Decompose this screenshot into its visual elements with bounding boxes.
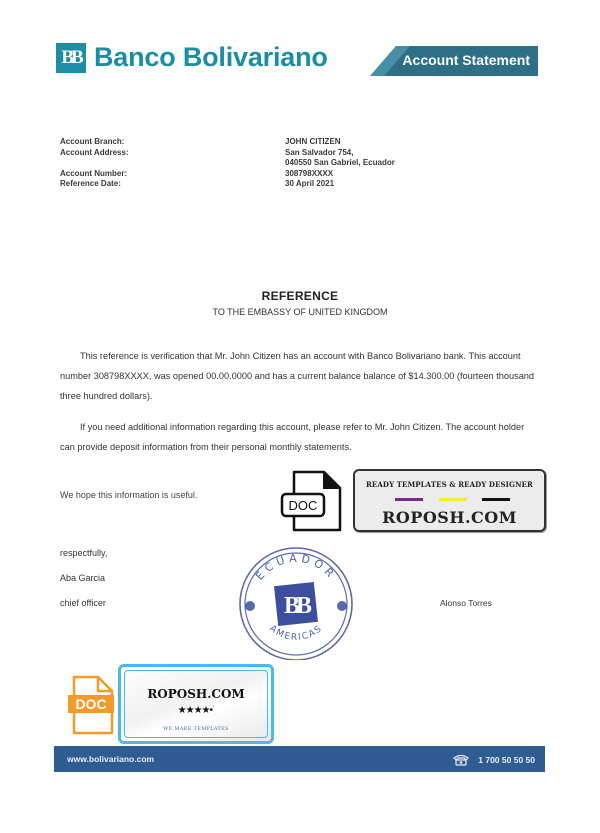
bank-logo: BB Banco Bolivariano [56,42,328,73]
footer-phone: 1 700 50 50 50 [453,754,535,766]
bank-stamp: ECUADOR AMERICAS BB [232,542,360,665]
watermark-ad-top: READY TEMPLATES & READY DESIGNER ROPOSH.… [353,469,546,532]
body-paragraph-1: This reference is verification that Mr. … [60,346,540,406]
footer-website-link[interactable]: www.bolivariano.com [67,754,154,764]
account-info-values: JOHN CITIZEN San Salvador 754, 040550 Sa… [285,137,395,190]
document-type: Account Statement [402,52,530,68]
value-reference-date: 30 April 2021 [285,179,395,190]
reference-subtitle: TO THE EMBASSY OF UNITED KINGDOM [0,307,600,317]
value-account-number: 308798XXXX [285,169,395,180]
star-rating-icon: ★★★★•˙ [121,705,271,716]
footer-bar: www.bolivariano.com 1 700 50 50 50 [54,746,545,772]
phone-icon [453,754,469,766]
ad-bar-yellow [439,498,467,501]
body-paragraph-2: If you need additional information regar… [60,417,540,457]
signatory-name: Aba Garcia [60,573,105,583]
doc-file-icon: DOC [280,470,346,537]
value-address-line2: 040550 San Gabriel, Ecuador [285,158,395,169]
label-account-number: Account Number: [60,169,129,180]
ad-tagline: READY TEMPLATES & READY DESIGNER [355,480,544,489]
label-reference-date: Reference Date: [60,179,129,190]
reference-title: REFERENCE [0,289,600,303]
svg-text:DOC: DOC [75,696,106,712]
second-signatory: Alonso Torres [440,598,492,608]
ad-color-bars [395,498,510,501]
svg-text:DOC: DOC [289,498,318,513]
bank-logo-mark: BB [56,43,86,73]
value-address-line1: San Salvador 754, [285,148,395,159]
salutation: respectfully, [60,548,107,558]
value-account-holder: JOHN CITIZEN [285,137,395,148]
ad-bar-black [482,498,510,501]
ad-site-name: ROPOSH.COM [121,687,271,701]
bank-name: Banco Bolivariano [94,42,328,73]
footer-phone-number: 1 700 50 50 50 [478,755,535,765]
watermark-ad-bottom: ROPOSH.COM ★★★★•˙ WE MAKE TEMPLATES [118,664,274,744]
label-spacer [60,158,129,169]
ad-site-name: ROPOSH.COM [355,508,544,527]
label-account-address: Account Address: [60,148,129,159]
doc-file-orange-icon: DOC [68,675,116,740]
signatory-title: chief officer [60,598,106,608]
ad-bar-purple [395,498,423,501]
closing-line: We hope this information is useful. [60,490,197,500]
account-info-labels: Account Branch: Account Address: Account… [60,137,129,190]
label-account-branch: Account Branch: [60,137,129,148]
svg-text:AMERICAS: AMERICAS [267,624,324,643]
ad-tagline: WE MAKE TEMPLATES [121,726,271,732]
svg-text:BB: BB [284,593,312,619]
document-type-banner: Account Statement [370,46,538,76]
